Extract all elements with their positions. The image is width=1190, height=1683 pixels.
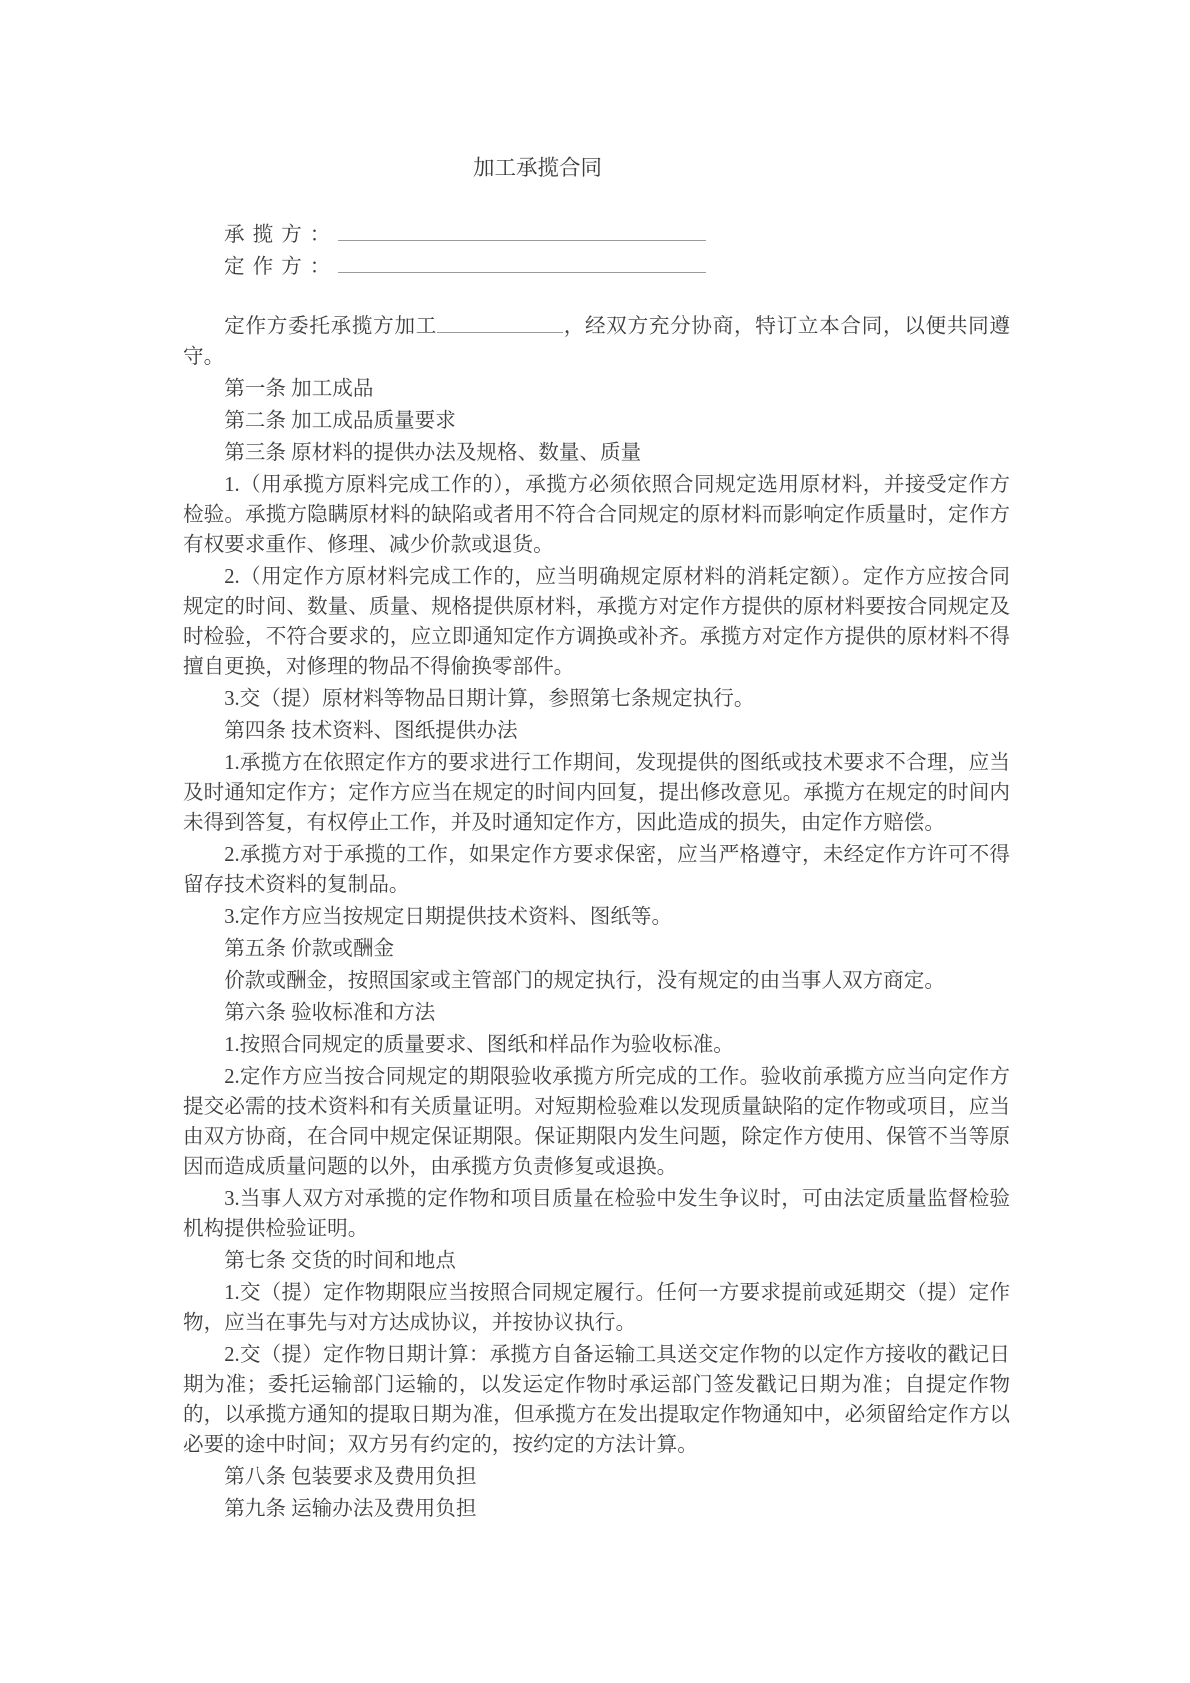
body-paragraph: 3.当事人双方对承揽的定作物和项目质量在检验中发生争议时，可由法定质量监督检验机… xyxy=(183,1184,1010,1244)
body-paragraph: 1.承揽方在依照定作方的要求进行工作期间，发现提供的图纸或技术要求不合理，应当及… xyxy=(183,748,1010,838)
party-label: 承揽方： xyxy=(224,224,338,246)
clause-heading: 第一条 加工成品 xyxy=(183,374,1010,404)
party-blank-line xyxy=(338,219,706,241)
party-row: 定作方： xyxy=(183,251,1010,283)
body-paragraph: 1.交（提）定作物期限应当按照合同规定履行。任何一方要求提前或延期交（提）定作物… xyxy=(183,1278,1010,1338)
party-block: 承揽方：定作方： xyxy=(183,219,1010,283)
clause-heading: 第七条 交货的时间和地点 xyxy=(183,1246,1010,1276)
body-paragraph: 2.定作方应当按合同规定的期限验收承揽方所完成的工作。验收前承揽方应当向定作方提… xyxy=(183,1062,1010,1182)
contract-page: 加工承揽合同 承揽方：定作方： 定作方委托承揽方加工，经双方充分协商，特订立本合… xyxy=(0,0,1190,1683)
intro-paragraph: 定作方委托承揽方加工，经双方充分协商，特订立本合同，以便共同遵守。 xyxy=(183,311,1010,372)
clause-heading: 第二条 加工成品质量要求 xyxy=(183,406,1010,436)
body-paragraph: 2.交（提）定作物日期计算：承揽方自备运输工具送交定作物的以定作方接收的戳记日期… xyxy=(183,1340,1010,1460)
intro-lead-text: 定作方委托承揽方加工 xyxy=(224,316,437,338)
party-blank-line xyxy=(338,251,706,273)
party-label: 定作方： xyxy=(224,256,338,278)
clause-heading: 第三条 原材料的提供办法及规格、数量、质量 xyxy=(183,438,1010,468)
clause-heading: 第四条 技术资料、图纸提供办法 xyxy=(183,716,1010,746)
body-paragraph: 1.（用承揽方原料完成工作的），承揽方必须依照合同规定选用原材料，并接受定作方检… xyxy=(183,470,1010,560)
contract-body: 第一条 加工成品第二条 加工成品质量要求第三条 原材料的提供办法及规格、数量、质… xyxy=(183,374,1010,1524)
party-row: 承揽方： xyxy=(183,219,1010,251)
body-paragraph: 2.承揽方对于承揽的工作，如果定作方要求保密，应当严格遵守，未经定作方许可不得留… xyxy=(183,840,1010,900)
clause-heading: 第八条 包装要求及费用负担 xyxy=(183,1462,1010,1492)
body-paragraph: 1.按照合同规定的质量要求、图纸和样品作为验收标准。 xyxy=(183,1030,1010,1060)
clause-heading: 第五条 价款或酬金 xyxy=(183,934,1010,964)
intro-blank-line xyxy=(437,311,563,333)
body-paragraph: 2.（用定作方原材料完成工作的，应当明确规定原材料的消耗定额）。定作方应按合同规… xyxy=(183,562,1010,682)
body-paragraph: 3.交（提）原材料等物品日期计算，参照第七条规定执行。 xyxy=(183,684,1010,714)
clause-heading: 第九条 运输办法及费用负担 xyxy=(183,1494,1010,1524)
body-paragraph: 3.定作方应当按规定日期提供技术资料、图纸等。 xyxy=(183,902,1010,932)
clause-heading: 第六条 验收标准和方法 xyxy=(183,998,1010,1028)
document-title: 加工承揽合同 xyxy=(183,153,1010,183)
body-paragraph: 价款或酬金，按照国家或主管部门的规定执行，没有规定的由当事人双方商定。 xyxy=(183,966,1010,996)
